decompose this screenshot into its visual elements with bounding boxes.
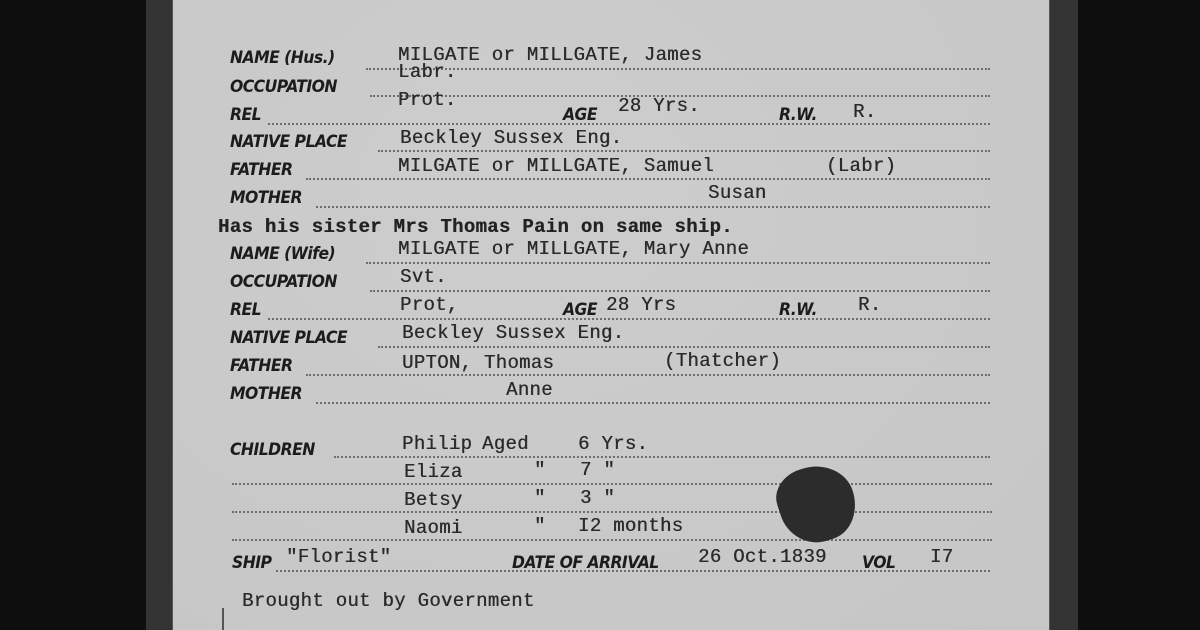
wife-age: 28 Yrs <box>606 294 676 316</box>
wife-mother: Anne <box>506 379 553 401</box>
label-wife-father: FATHER <box>230 356 292 376</box>
label-wife-rel: REL <box>230 300 261 320</box>
husband-father-occupation: (Labr) <box>826 155 896 177</box>
rule-line <box>334 456 990 458</box>
rule-line <box>232 511 992 513</box>
husband-rel: Prot. <box>398 89 457 111</box>
husband-native-place: Beckley Sussex Eng. <box>400 127 622 149</box>
child-age: 3 " <box>580 487 615 509</box>
label-husband-mother: MOTHER <box>230 188 302 208</box>
label-children: CHILDREN <box>230 440 315 460</box>
wife-name: MILGATE or MILLGATE, Mary Anne <box>398 238 749 260</box>
label-husband-rel: REL <box>230 105 261 125</box>
husband-mother: Susan <box>708 182 767 204</box>
label-husband-rw: R.W. <box>779 105 817 125</box>
label-date-of-arrival: DATE OF ARRIVAL <box>512 553 659 573</box>
child-name: Eliza <box>404 461 463 483</box>
label-husband-age: AGE <box>563 105 597 125</box>
volume-number: I7 <box>930 546 953 568</box>
label-wife-mother: MOTHER <box>230 384 302 404</box>
child-ditto: " <box>534 459 546 481</box>
husband-occupation: Labr. <box>398 61 457 83</box>
child-name: Philip <box>402 433 472 455</box>
label-wife-name: NAME (Wife) <box>230 244 335 264</box>
label-husband-occupation: OCCUPATION <box>230 77 337 97</box>
wife-rel: Prot, <box>400 294 459 316</box>
label-wife-rw: R.W. <box>779 300 817 320</box>
child-name: Naomi <box>404 517 463 539</box>
rule-line <box>232 539 992 541</box>
label-husband-father: FATHER <box>230 160 292 180</box>
label-wife-age: AGE <box>563 300 597 320</box>
child-age: 6 Yrs. <box>578 433 648 455</box>
husband-father: MILGATE or MILLGATE, Samuel <box>398 155 714 177</box>
label-husband-native-place: NATIVE PLACE <box>230 132 347 152</box>
rule-line <box>268 318 990 320</box>
rule-line <box>306 178 990 180</box>
rule-line <box>316 402 990 404</box>
child-age: I2 months <box>578 515 683 537</box>
label-vol: VOL <box>862 553 895 573</box>
sister-note: Has his sister Mrs Thomas Pain on same s… <box>218 216 733 238</box>
rule-line <box>366 262 990 264</box>
scan-border-left <box>146 0 174 630</box>
footer-note: Brought out by Government <box>242 590 535 612</box>
wife-occupation: Svt. <box>400 266 447 288</box>
label-wife-native-place: NATIVE PLACE <box>230 328 347 348</box>
child-ditto: " <box>534 515 546 537</box>
child-ditto: Aged <box>482 433 529 455</box>
rule-line <box>232 483 992 485</box>
label-wife-occupation: OCCUPATION <box>230 272 337 292</box>
wife-native-place: Beckley Sussex Eng. <box>402 322 624 344</box>
ship-name: "Florist" <box>286 546 391 568</box>
husband-rw: R. <box>853 101 876 123</box>
date-of-arrival: 26 Oct.1839 <box>698 546 827 568</box>
label-ship: SHIP <box>232 553 271 573</box>
wife-father-occupation: (Thatcher) <box>664 350 781 372</box>
child-ditto: " <box>534 487 546 509</box>
scan-border-right <box>1048 0 1078 630</box>
rule-line <box>370 290 990 292</box>
rule-line <box>306 374 990 376</box>
wife-rw: R. <box>858 294 881 316</box>
child-age: 7 " <box>580 459 615 481</box>
rule-line <box>366 68 990 70</box>
label-husband-name: NAME (Hus.) <box>230 48 335 68</box>
rule-line <box>378 346 990 348</box>
rule-line <box>268 123 990 125</box>
rule-line <box>378 150 990 152</box>
card-edge-mark <box>222 608 224 630</box>
child-name: Betsy <box>404 489 463 511</box>
wife-father: UPTON, Thomas <box>402 352 554 374</box>
rule-line <box>316 206 990 208</box>
husband-age: 28 Yrs. <box>618 95 700 117</box>
